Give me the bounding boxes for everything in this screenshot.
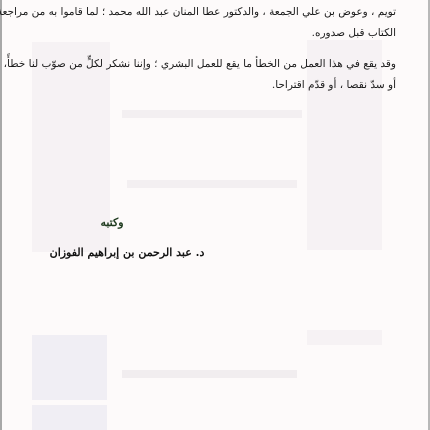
bleed-through-block (32, 405, 107, 430)
bleed-through-block (32, 335, 107, 400)
paragraph-line: تويم ، وعوض بن علي الجمعة ، والدكتور عطا… (20, 2, 396, 23)
bleed-through-line (127, 180, 297, 188)
thanks-paragraph: وقد يقع في هذا العمل من الخطأ ما يقع للع… (20, 54, 396, 96)
scanned-page: تويم ، وعوض بن علي الجمعة ، والدكتور عطا… (0, 0, 430, 430)
acknowledgement-paragraph: تويم ، وعوض بن علي الجمعة ، والدكتور عطا… (20, 2, 396, 44)
bleed-through-line (122, 110, 302, 118)
paragraph-line: وقد يقع في هذا العمل من الخطأ ما يقع للع… (20, 54, 396, 75)
bleed-through-block (307, 330, 382, 345)
author-signature: د. عبد الرحمن بن إبراهيم الفوزان (32, 246, 222, 259)
closing-label: وكتبه (82, 216, 142, 229)
paragraph-line: الكتاب قبل صدوره. (20, 23, 396, 44)
bleed-through-line (122, 370, 297, 378)
paragraph-line: أو سدّ نقصا ، أو قدّم اقتراحا. (20, 75, 396, 96)
